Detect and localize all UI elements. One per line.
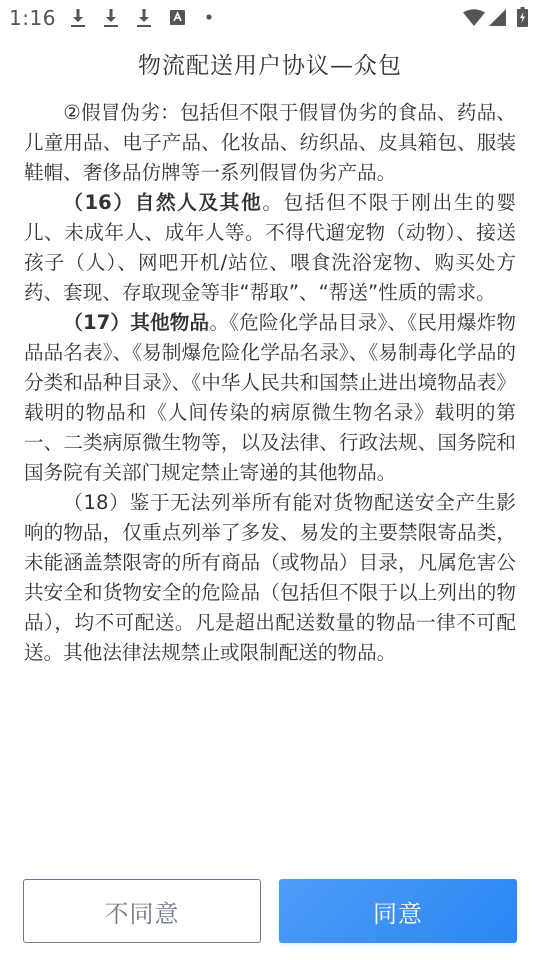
paragraph-heading: （16）自然人及其他 bbox=[63, 191, 262, 214]
agreement-content: ②假冒伪劣：包括但不限于假冒伪劣的食品、药品、儿童用品、电子产品、化妆品、纺织品… bbox=[24, 98, 516, 668]
paragraph-text: （18）鉴于无法列举所有能对货物配送安全产生影响的物品，仅重点列举了多发、易发的… bbox=[24, 491, 516, 664]
paragraph-text: 。《危险化学品目录》、《民用爆炸物品品名表》、《易制爆危险化学品名录》、《易制毒… bbox=[24, 311, 516, 484]
dot-icon bbox=[206, 14, 212, 20]
disagree-button-label: 不同意 bbox=[105, 894, 180, 929]
page-title: 物流配送用户协议—众包 bbox=[0, 50, 540, 82]
agree-button[interactable]: 同意 bbox=[279, 879, 517, 943]
battery-charging-icon bbox=[517, 7, 528, 27]
agree-button-label: 同意 bbox=[373, 894, 423, 929]
paragraph-text: ②假冒伪劣：包括但不限于假冒伪劣的食品、药品、儿童用品、电子产品、化妆品、纺织品… bbox=[24, 101, 516, 184]
status-bar: 1:16 bbox=[0, 0, 540, 36]
paragraph-heading: （17）其他物品 bbox=[63, 311, 209, 334]
paragraph-18-restrictions: （18）鉴于无法列举所有能对货物配送安全产生影响的物品，仅重点列举了多发、易发的… bbox=[24, 488, 516, 668]
download-icon bbox=[135, 8, 153, 28]
paragraph-17-other-items: （17）其他物品。《危险化学品目录》、《民用爆炸物品品名表》、《易制爆危险化学品… bbox=[24, 308, 516, 488]
download-icon bbox=[102, 8, 120, 28]
paragraph-16-natural-persons: （16）自然人及其他。包括但不限于刚出生的婴儿、未成年人、成年人等。不得代遛宠物… bbox=[24, 188, 516, 308]
status-time: 1:16 bbox=[9, 6, 56, 30]
paragraph-counterfeit: ②假冒伪劣：包括但不限于假冒伪劣的食品、药品、儿童用品、电子产品、化妆品、纺织品… bbox=[24, 98, 516, 188]
disagree-button[interactable]: 不同意 bbox=[23, 879, 261, 943]
text-a-icon bbox=[170, 10, 185, 25]
wifi-icon bbox=[463, 9, 485, 26]
cellular-signal-icon bbox=[489, 9, 506, 26]
download-icon bbox=[69, 8, 87, 28]
